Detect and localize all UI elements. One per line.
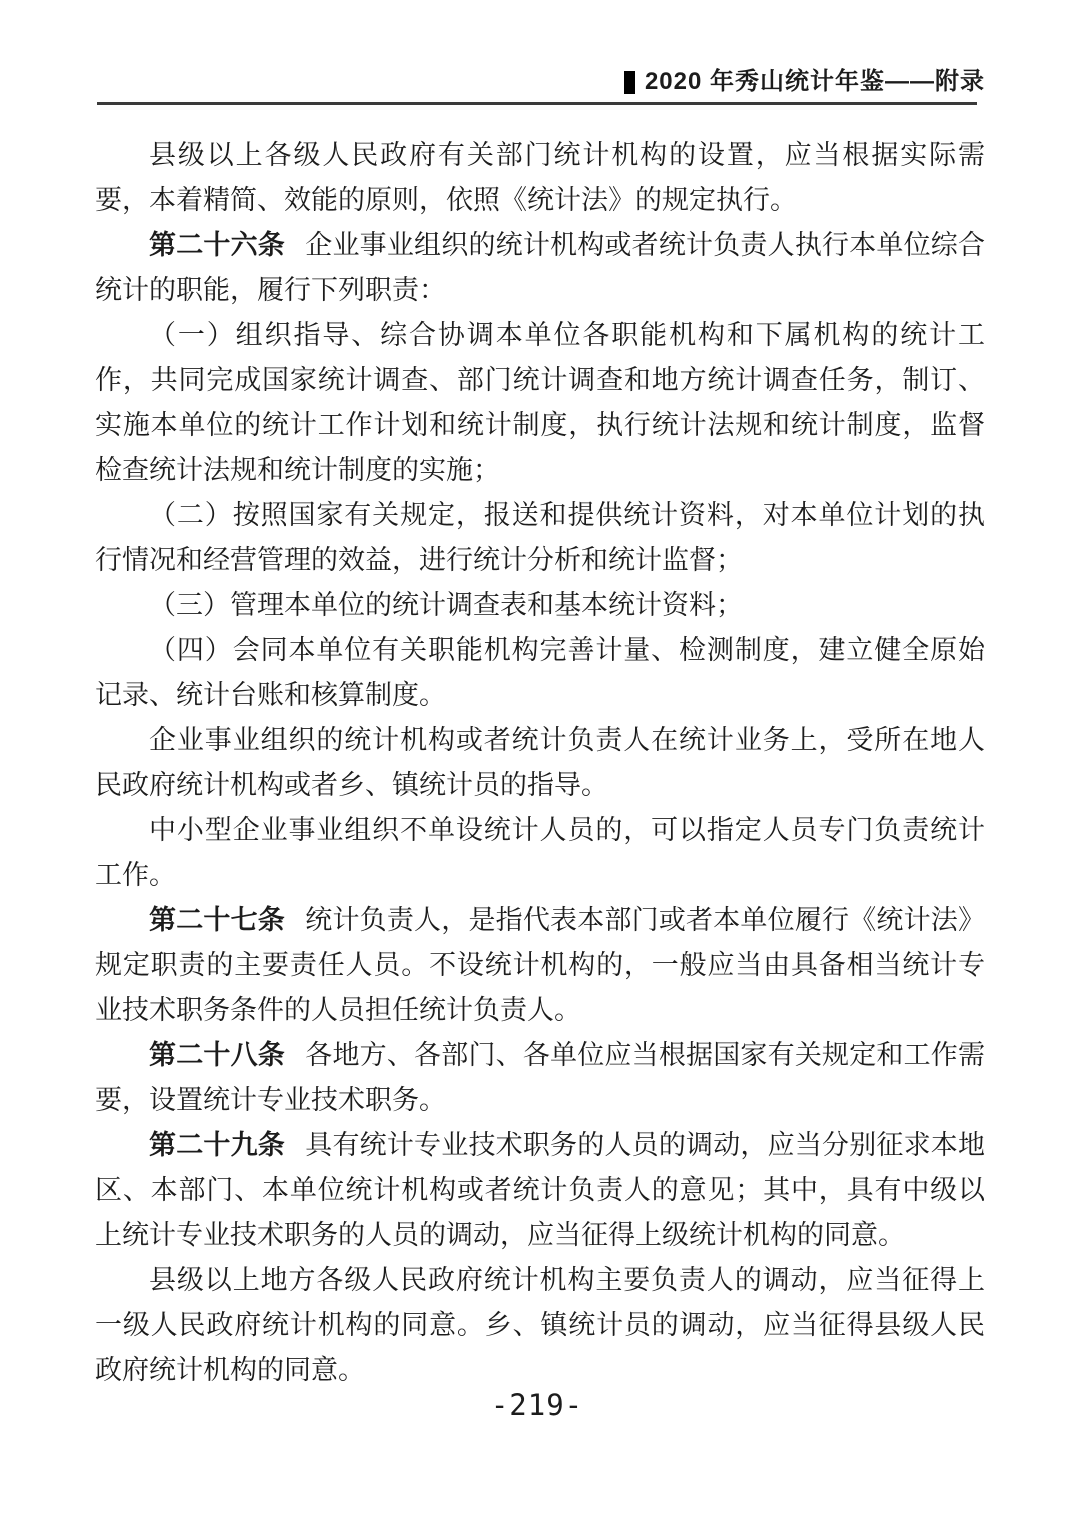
paragraph: 第二十八条各地方、各部门、各单位应当根据国家有关规定和工作需要，设置统计专业技术… bbox=[95, 1033, 985, 1123]
document-page: 2020 年秀山统计年鉴——附录 县级以上各级人民政府有关部门统计机构的设置，应… bbox=[0, 0, 1074, 1520]
paragraph: 第二十七条统计负责人，是指代表本部门或者本单位履行《统计法》规定职责的主要责任人… bbox=[95, 898, 985, 1033]
page-header: 2020 年秀山统计年鉴——附录 bbox=[97, 68, 985, 105]
article-label: 第二十八条 bbox=[149, 1040, 305, 1070]
header-title-row: 2020 年秀山统计年鉴——附录 bbox=[97, 68, 985, 96]
paragraph: （二）按照国家有关规定，报送和提供统计资料，对本单位计划的执行情况和经营管理的效… bbox=[95, 493, 985, 583]
page-footer: -219- bbox=[0, 1388, 1074, 1422]
article-label: 第二十九条 bbox=[149, 1130, 305, 1160]
page-number: -219- bbox=[491, 1388, 583, 1422]
article-label: 第二十六条 bbox=[149, 230, 305, 260]
paragraph: 企业事业组织的统计机构或者统计负责人在统计业务上，受所在地人民政府统计机构或者乡… bbox=[95, 718, 985, 808]
header-title: 2020 年秀山统计年鉴——附录 bbox=[645, 68, 985, 96]
header-rule bbox=[97, 102, 977, 105]
paragraph-text: 县级以上地方各级人民政府统计机构主要负责人的调动，应当征得上一级人民政府统计机构… bbox=[95, 1265, 985, 1385]
paragraph: （四）会同本单位有关职能机构完善计量、检测制度，建立健全原始记录、统计台账和核算… bbox=[95, 628, 985, 718]
article-label: 第二十七条 bbox=[149, 905, 305, 935]
paragraph-text: （四）会同本单位有关职能机构完善计量、检测制度，建立健全原始记录、统计台账和核算… bbox=[95, 635, 985, 710]
paragraph-text: （三）管理本单位的统计调查表和基本统计资料； bbox=[149, 590, 743, 620]
paragraph-text: 中小型企业事业组织不单设统计人员的，可以指定人员专门负责统计工作。 bbox=[95, 815, 985, 890]
black-bar-icon bbox=[624, 71, 635, 94]
paragraph-text: 县级以上各级人民政府有关部门统计机构的设置，应当根据实际需要，本着精简、效能的原… bbox=[95, 140, 985, 215]
paragraph: 县级以上各级人民政府有关部门统计机构的设置，应当根据实际需要，本着精简、效能的原… bbox=[95, 133, 985, 223]
document-body: 县级以上各级人民政府有关部门统计机构的设置，应当根据实际需要，本着精简、效能的原… bbox=[95, 133, 985, 1393]
paragraph: 中小型企业事业组织不单设统计人员的，可以指定人员专门负责统计工作。 bbox=[95, 808, 985, 898]
paragraph-text: （一）组织指导、综合协调本单位各职能机构和下属机构的统计工作，共同完成国家统计调… bbox=[95, 320, 985, 485]
paragraph-text: 企业事业组织的统计机构或者统计负责人在统计业务上，受所在地人民政府统计机构或者乡… bbox=[95, 725, 985, 800]
paragraph-text: （二）按照国家有关规定，报送和提供统计资料，对本单位计划的执行情况和经营管理的效… bbox=[95, 500, 985, 575]
paragraph: 第二十六条企业事业组织的统计机构或者统计负责人执行本单位综合统计的职能，履行下列… bbox=[95, 223, 985, 313]
paragraph: 县级以上地方各级人民政府统计机构主要负责人的调动，应当征得上一级人民政府统计机构… bbox=[95, 1258, 985, 1393]
paragraph: 第二十九条具有统计专业技术职务的人员的调动，应当分别征求本地区、本部门、本单位统… bbox=[95, 1123, 985, 1258]
paragraph: （一）组织指导、综合协调本单位各职能机构和下属机构的统计工作，共同完成国家统计调… bbox=[95, 313, 985, 493]
paragraph: （三）管理本单位的统计调查表和基本统计资料； bbox=[95, 583, 985, 628]
